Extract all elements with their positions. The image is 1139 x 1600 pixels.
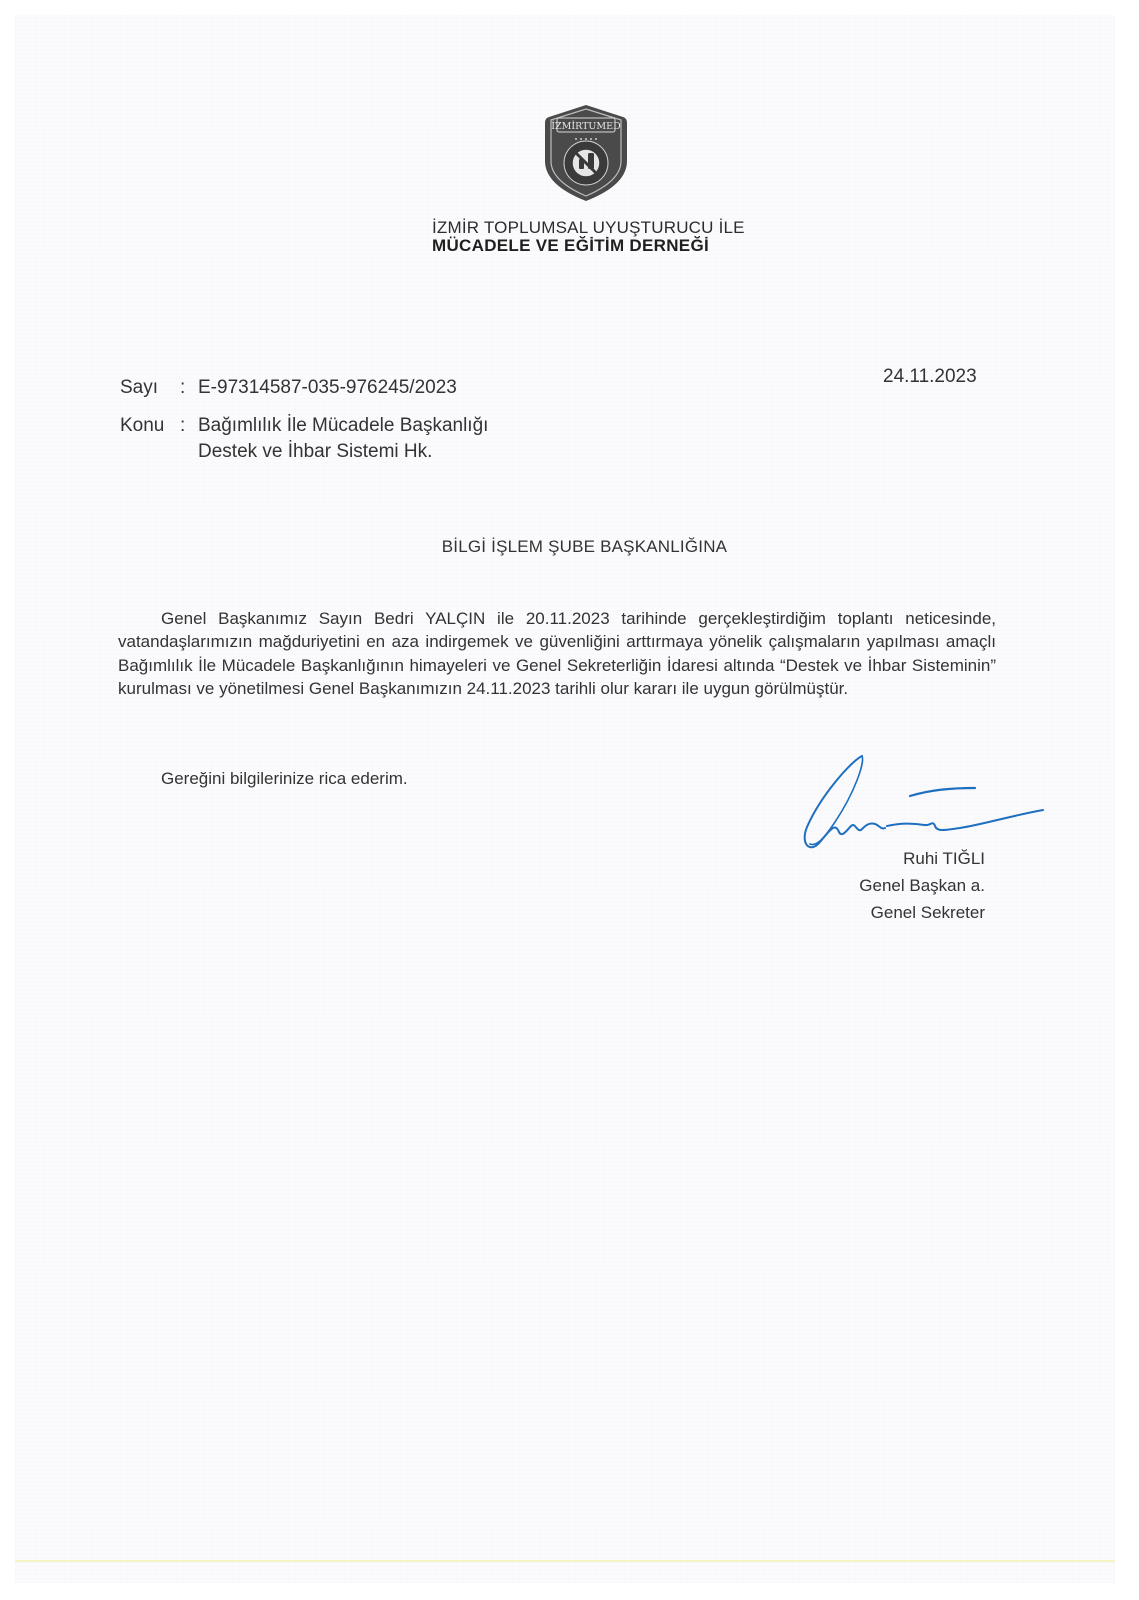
body-paragraph: Genel Başkanımız Sayın Bedri YALÇIN ile … <box>118 607 996 701</box>
sayi-label: Sayı <box>120 377 180 399</box>
closing-line: Gereğini bilgilerinize rica ederim. <box>161 769 408 789</box>
document-date: 24.11.2023 <box>883 366 977 388</box>
signature-icon <box>795 752 1045 862</box>
sayi-value: E-97314587-035-976245/2023 <box>198 377 457 398</box>
scan-artifact-line <box>15 1560 1115 1562</box>
sayi-colon: : <box>180 377 198 399</box>
signatory-name: Ruhi TIĞLI <box>903 849 985 869</box>
konu-line1: Bağımlılık İle Mücadele Başkanlığı <box>198 415 488 436</box>
konu-row: Konu:Bağımlılık İle Mücadele Başkanlığı <box>120 415 488 437</box>
konu-label: Konu <box>120 415 180 437</box>
org-name-line2: MÜCADELE VE EĞİTİM DERNEĞİ <box>432 236 742 256</box>
addressee-text: BİLGİ İŞLEM ŞUBE BAŞKANLIĞINA <box>442 537 727 556</box>
svg-text:İZMİRTUMED: İZMİRTUMED <box>551 120 621 132</box>
signatory-title2: Genel Sekreter <box>871 903 985 923</box>
sayi-row: Sayı:E-97314587-035-976245/2023 <box>120 377 457 399</box>
konu-colon: : <box>180 415 198 437</box>
no-drugs-shield-icon: İZMİRTUMED <box>543 103 629 203</box>
konu-line2: Destek ve İhbar Sistemi Hk. <box>198 441 432 463</box>
org-name-line1: İZMİR TOPLUMSAL UYUŞTURUCU İLE <box>432 218 732 238</box>
signatory-title1: Genel Başkan a. <box>859 876 985 896</box>
addressee: BİLGİ İŞLEM ŞUBE BAŞKANLIĞINA <box>0 537 1139 557</box>
